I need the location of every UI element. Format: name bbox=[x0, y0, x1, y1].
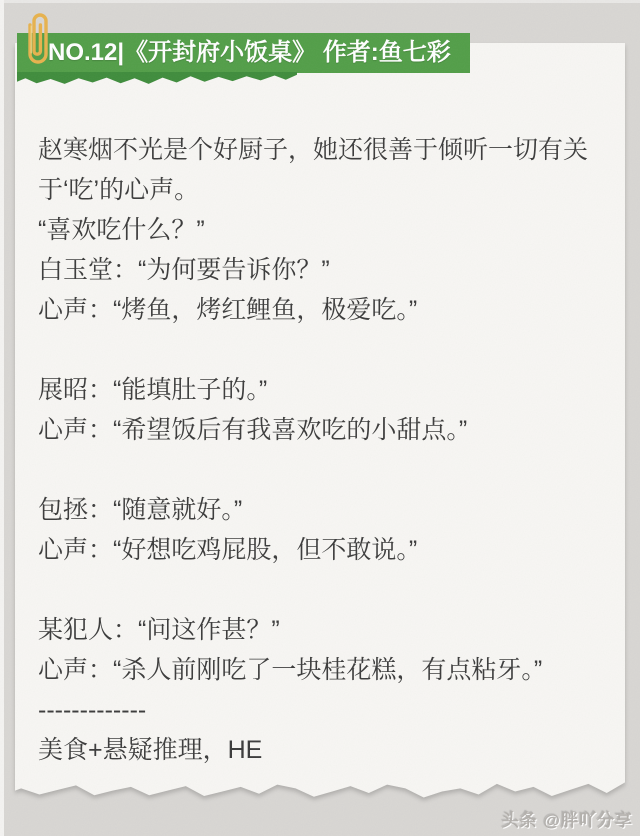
watermark: 头条 @胖吖分享 bbox=[502, 806, 633, 831]
text-line: “喜欢吃什么？” bbox=[38, 210, 604, 250]
title-banner: NO.12|《开封府小饭桌》 作者:鱼七彩 bbox=[17, 33, 470, 73]
text-line: 展昭：“能填肚子的。” bbox=[38, 370, 604, 410]
image-border-left bbox=[0, 0, 4, 836]
tags-line: 美食+悬疑推理，HE bbox=[38, 730, 604, 770]
text-line: 于‘吃’的心声。 bbox=[38, 170, 604, 210]
text-line: 心声：“好想吃鸡屁股，但不敢说。” bbox=[38, 530, 604, 570]
text-line: 心声：“希望饭后有我喜欢吃的小甜点。” bbox=[38, 410, 604, 450]
blank-line bbox=[38, 570, 604, 610]
text-line: 白玉堂：“为何要告诉你？” bbox=[38, 250, 604, 290]
blank-line bbox=[38, 450, 604, 490]
text-line: 包拯：“随意就好。” bbox=[38, 490, 604, 530]
divider-dashes: ------------- bbox=[38, 690, 604, 730]
text-line: 某犯人：“问这作甚？” bbox=[38, 610, 604, 650]
note-text: 赵寒烟不光是个好厨子，她还很善于倾听一切有关 于‘吃’的心声。 “喜欢吃什么？”… bbox=[38, 130, 604, 770]
page: NO.12|《开封府小饭桌》 作者:鱼七彩 赵寒烟不光是个好厨子，她还很善于倾听… bbox=[0, 0, 640, 836]
text-line: 赵寒烟不光是个好厨子，她还很善于倾听一切有关 bbox=[38, 130, 604, 170]
text-line: 心声：“杀人前刚吃了一块桂花糕，有点粘牙。” bbox=[38, 650, 604, 690]
text-line: 心声：“烤鱼，烤红鲤鱼，极爱吃。” bbox=[38, 290, 604, 330]
image-border-top bbox=[0, 0, 640, 3]
banner-title: NO.12|《开封府小饭桌》 作者:鱼七彩 bbox=[48, 39, 451, 66]
blank-line bbox=[38, 330, 604, 370]
paperclip-icon bbox=[22, 7, 52, 73]
